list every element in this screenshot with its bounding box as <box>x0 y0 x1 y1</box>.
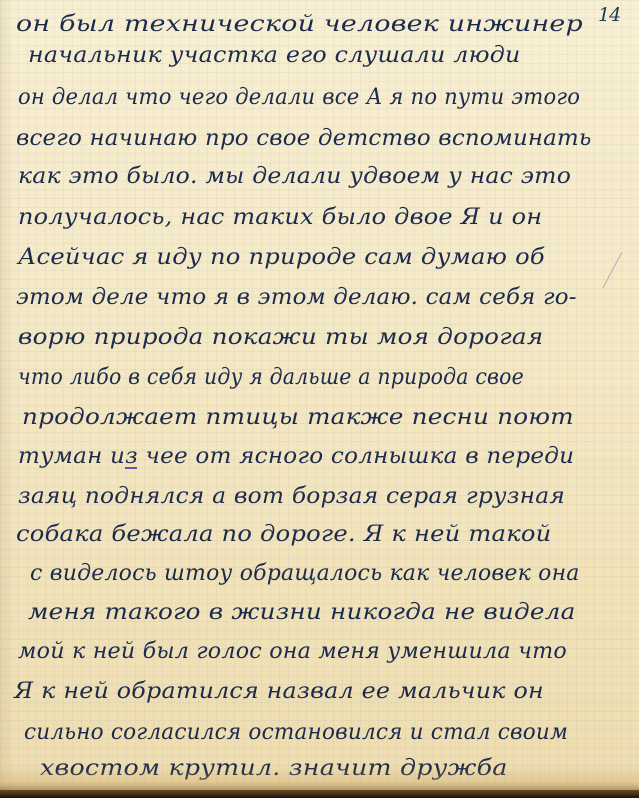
text-line-1: он был техничеcкой человек инжинер <box>16 14 583 36</box>
text-line-12: туман из чее от ясного солнышка в переди <box>18 446 574 468</box>
page-number: 14 <box>598 4 620 26</box>
text-line-16: меня такого в жизни никогда не видела <box>28 602 576 624</box>
text-line-19: сильно согласился остановился и стал сво… <box>24 722 568 744</box>
page-bottom-edge <box>0 790 639 798</box>
pencil-mark <box>603 252 623 288</box>
text-line-3: он делал что чего делали все А я по пути… <box>18 87 580 109</box>
text-line-7: Асейчас я иду по природе сам думаю об <box>18 247 545 269</box>
text-line-11: продолжает птицы также песни поют <box>22 407 574 429</box>
text-line-5: как это было. мы делали удвоем у нас это <box>18 166 571 188</box>
text-line-20: хвостом крутил. значит дружба <box>40 758 508 780</box>
text-line-15: с виделось штоу обращалось как человек о… <box>30 563 580 585</box>
text-line-18: Я к ней обратился назвал ее мальчик он <box>14 681 544 703</box>
text-line-4: всего начинаю про свое детство вспоминат… <box>16 128 592 150</box>
text-line-9: ворю природа покажи ты моя дорогая <box>18 327 543 349</box>
text-line-13: заяц поднялся а вот борзая серая грузная <box>18 486 565 508</box>
text-line-17: мой к ней был голос она меня уменшила чт… <box>18 641 567 663</box>
text-line-10: что либо в себя иду я дальше а природа с… <box>18 367 524 389</box>
text-line-2: начальник участка его слушали люди <box>28 45 521 67</box>
text-line-14: собака бежала по дороге. Я к ней такой <box>16 524 551 546</box>
text-line-6: получалось, нас таких было двое Я и он <box>18 207 542 229</box>
notebook-page: 14 он был техничеcкой человек инжинер на… <box>0 0 639 790</box>
text-line-8: этом деле что я в этом делаю. сам себя г… <box>16 287 577 309</box>
